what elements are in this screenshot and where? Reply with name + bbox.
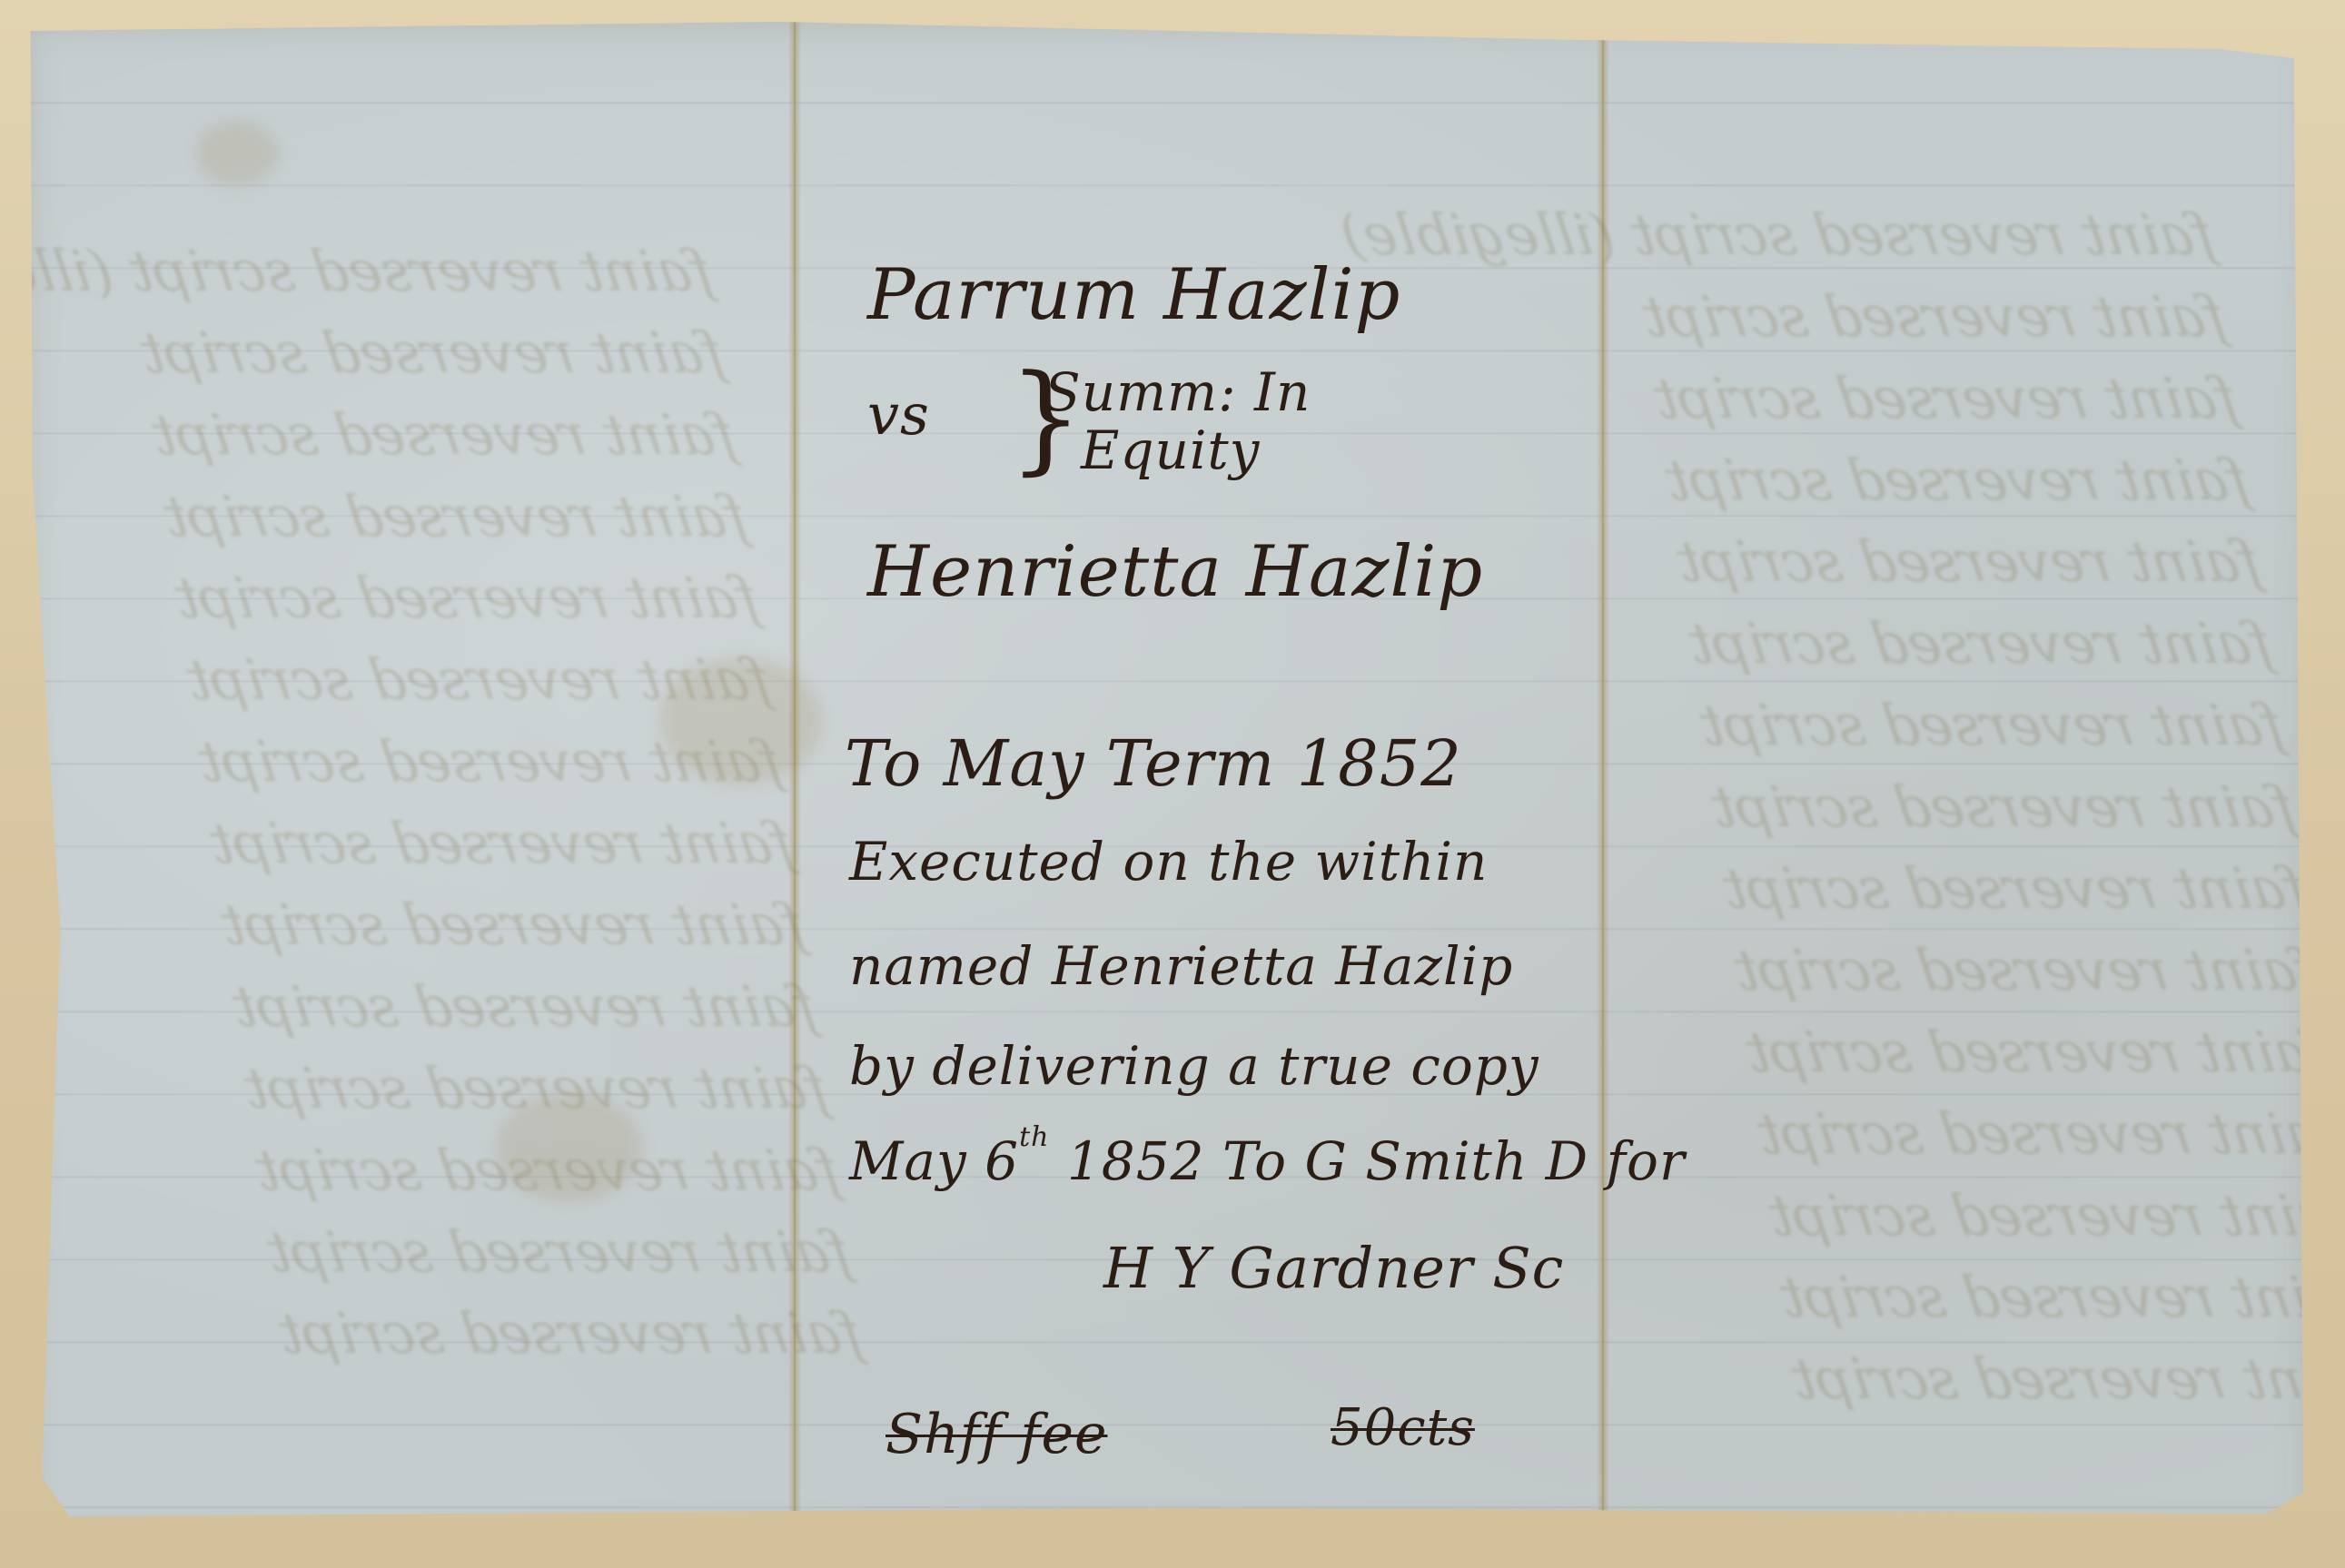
return-line-4-rest: 1852 To G Smith D for [1067, 1130, 1686, 1192]
service-date: May 6 [849, 1130, 1019, 1192]
suit-type-line-2: Equity [1044, 421, 1311, 479]
plaintiff-name: Parrum Hazlip [867, 254, 1401, 336]
versus-label: vs [867, 381, 930, 448]
stain-spot [196, 122, 278, 185]
stain-spot [496, 1093, 641, 1202]
date-suffix: th [1019, 1121, 1049, 1153]
fee-amount: 50cts [1331, 1398, 1475, 1457]
court-term: To May Term 1852 [845, 726, 1462, 801]
return-line-2: named Henrietta Hazlip [849, 935, 1513, 997]
defendant-name: Henrietta Hazlip [867, 531, 1483, 613]
return-line-3: by delivering a true copy [849, 1035, 1539, 1097]
return-line-1: Executed on the within [849, 831, 1488, 892]
sheriff-signature: H Y Gardner Sc [1103, 1235, 1564, 1301]
return-line-4: May 6th 1852 To G Smith D for [849, 1130, 1686, 1192]
stain-spot [659, 657, 823, 784]
suit-type-line-1: Summ: In [1044, 363, 1311, 421]
suit-type: Summ: In Equity [1044, 363, 1311, 479]
fee-label: Shff fee [886, 1403, 1107, 1466]
